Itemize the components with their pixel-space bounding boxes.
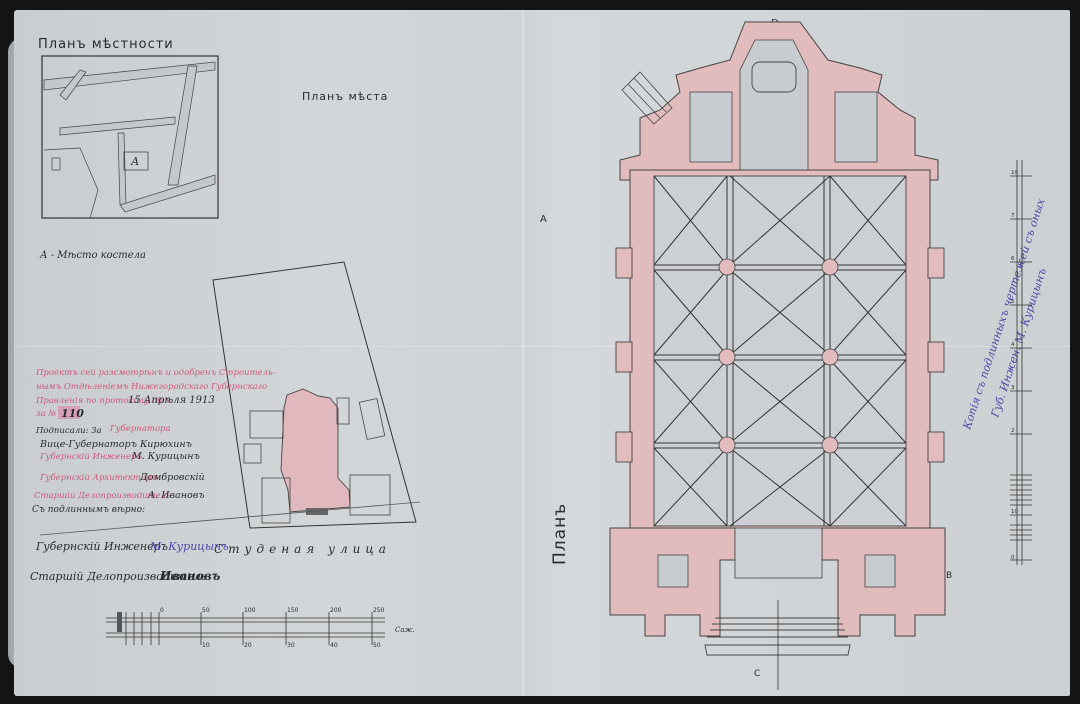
nave-interior <box>654 176 906 526</box>
approval-line-1: Проектъ сей разсмотрѣнъ и одобренъ Строи… <box>35 367 276 378</box>
church-footprint <box>281 389 350 512</box>
scale-tick-label: 5 <box>1011 299 1015 305</box>
site-plan-title: Планъ мѣста <box>302 90 388 103</box>
sig2-name: М. Курицынъ <box>131 451 200 462</box>
locality-plan: Планъ мѣстности А А - Мѣсто костела <box>38 37 218 261</box>
site-marker-label: А <box>130 155 139 168</box>
street-label: Студеная улица <box>214 542 391 556</box>
sig2-label: Губернскiй Инженеръ <box>39 451 142 462</box>
street-osharskaya <box>168 66 197 185</box>
scale-tick-label: 6 <box>1011 256 1015 262</box>
approval-number-prefix: за № <box>36 409 56 419</box>
outbuilding-5 <box>350 475 390 515</box>
scale-tick-label: 7 <box>1011 213 1015 219</box>
scale-unit-label: Саж. <box>395 626 415 634</box>
sacristy-left <box>690 92 732 162</box>
street-bottom <box>120 175 215 212</box>
street-vertical-1 <box>118 133 126 205</box>
axis-label-right: B <box>946 571 952 581</box>
copy-sig1-label: Губернскiй Инженеръ <box>35 540 168 553</box>
sacristy-right <box>835 92 877 162</box>
scale-tick-label: 100 <box>244 607 256 614</box>
locality-plan-legend: А - Мѣсто костела <box>39 250 146 261</box>
scale-tick-label: 3 <box>1011 385 1015 391</box>
outbuilding-3 <box>359 399 385 440</box>
copy-sig2-name: Ивановъ <box>159 569 221 583</box>
street-studeny-lane <box>60 117 175 135</box>
scale-tick-label: 50 <box>202 607 210 614</box>
narthex <box>735 528 822 578</box>
approval-number: 110 <box>61 407 84 420</box>
outbuilding-1 <box>250 411 283 438</box>
scale-tick-label: 10 <box>202 642 210 649</box>
sig1-name: Вице-Губернаторъ Кирюхинъ <box>39 439 192 450</box>
scale-tick-label: 4 <box>1011 342 1015 348</box>
copy-note: Съ подлиннымъ вѣрно: <box>32 505 145 515</box>
tower-left-room <box>658 555 688 587</box>
locality-plan-title: Планъ мѣстности <box>38 37 174 52</box>
scale-tick-label: 30 <box>287 642 295 649</box>
scale-tick-label: 250 <box>373 607 385 614</box>
site-plan: Планъ мѣста Студеная улица <box>40 90 420 556</box>
floor-plan-title: Планъ <box>550 503 570 565</box>
margin-note: Копiя съ подлинныхъ чертежей съ оных Губ… <box>960 196 1049 432</box>
apse-sanctuary <box>740 40 808 178</box>
scale-tick-label: 0 <box>160 607 164 614</box>
entrance-steps <box>705 618 850 655</box>
scale-tick-label: 20 <box>244 642 252 649</box>
sig3-name: Домбровскiй <box>139 472 205 483</box>
scale-tick-label: 150 <box>287 607 299 614</box>
scale-tick-label: 10 <box>1011 170 1018 176</box>
sig4-name: А. Ивановъ <box>147 490 205 501</box>
sig1-label: Губернатора <box>109 423 171 434</box>
sig1-prefix: Подписали: За <box>35 426 102 436</box>
approval-line-2: нымъ Отдѣленiемъ Нижегородскаго Губернск… <box>36 381 267 392</box>
church-floor-plan: Планъ A D B C <box>540 18 952 690</box>
scale-tick-label: 0 <box>1011 555 1015 561</box>
scale-tick-label: 200 <box>330 607 342 614</box>
outbuilding-6 <box>337 398 349 424</box>
scale-tick-label: 50 <box>373 642 381 649</box>
axis-label-bottom: C <box>754 669 760 679</box>
outbuilding-2 <box>244 444 261 463</box>
scale-tick-label: 10 <box>1011 509 1018 515</box>
copy-sig1-name: М. Курицынъ <box>149 540 229 553</box>
scale-tick-label: 2 <box>1011 428 1015 434</box>
axis-label-left: A <box>540 214 547 225</box>
scale-tick-label: 40 <box>330 642 338 649</box>
scale-bar-left <box>106 612 385 645</box>
tower-right-room <box>865 555 895 587</box>
approval-date: 15 Апрѣля 1913 <box>128 395 215 406</box>
drawing-canvas: Планъ мѣстности А А - Мѣсто костела План… <box>0 0 1080 704</box>
building-small <box>52 158 60 170</box>
scale-bar-left-labels: 0 50 100 150 200 250 10 20 30 40 50 Саж. <box>160 607 415 649</box>
